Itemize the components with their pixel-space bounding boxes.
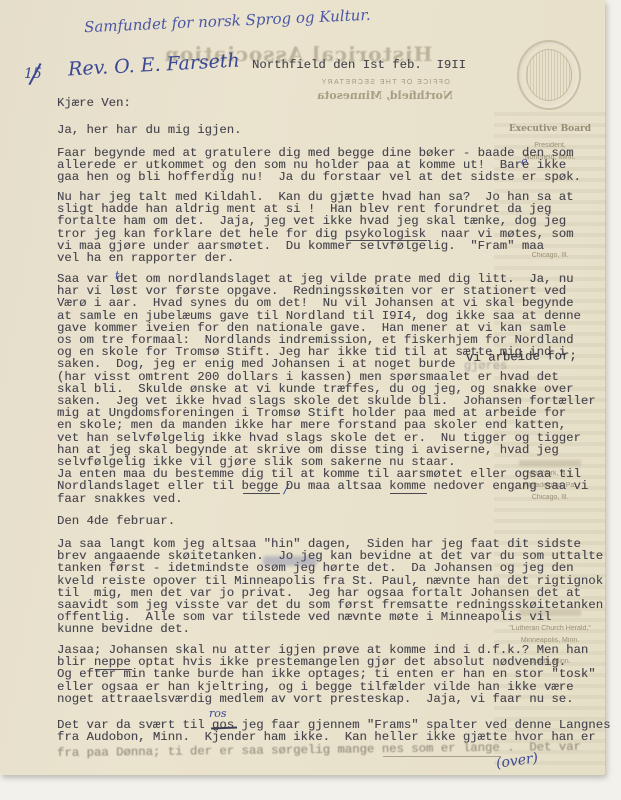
ink-smudge bbox=[263, 556, 317, 566]
embossed-seal bbox=[517, 40, 581, 110]
underline-psykologisk bbox=[346, 240, 427, 241]
correction-ros: ros bbox=[209, 707, 227, 720]
scanned-letter-screenshot: { "handwriting": { "top_annotation": "Sa… bbox=[0, 0, 621, 800]
paragraph-4: Ja saa langt kom jeg altsaa "hin" dagen,… bbox=[57, 538, 603, 636]
top-annotation-handwriting: Samfundet for norsk Sprog og Kultur. bbox=[84, 6, 371, 36]
correction-slash: / bbox=[284, 482, 288, 497]
paragraph-0: Ja, her har du mig igjen. bbox=[57, 124, 241, 136]
paragraph-3: Saa var det om nordlandslaget at jeg vil… bbox=[57, 273, 596, 505]
date-subheading: Den 4de februar. bbox=[57, 515, 175, 527]
recipient-name-handwriting: Rev. O. E. Farseth bbox=[68, 50, 241, 81]
letter-page: Historical Association OFFICE OF THE SEC… bbox=[0, 0, 605, 775]
letterhead-city-bleed: Northfield, Minnesota bbox=[295, 89, 475, 102]
board-header: Executive Board bbox=[494, 124, 606, 134]
seal-inner-ring bbox=[526, 49, 572, 101]
letterhead-office-bleed: OFFICE OF THE SECRETARY bbox=[295, 79, 475, 86]
letterhead-office-text: OFFICE OF THE SECRETARY bbox=[295, 79, 475, 86]
salutation: Kjære Ven: bbox=[57, 97, 131, 109]
underline-neppe bbox=[95, 669, 132, 670]
typed-insertion: vi arbeide for; bbox=[466, 349, 577, 365]
underline-nes-som-er-lange bbox=[383, 756, 501, 757]
letterhead-city-text: Northfield, Minnesota bbox=[295, 89, 475, 102]
date-line: Northfield den Ist feb. I9II bbox=[252, 59, 466, 71]
correction-e: e bbox=[521, 155, 528, 168]
paragraph-2: Nu har jeg talt med Kildahl. Kan du gjæt… bbox=[57, 191, 574, 264]
paragraph-5: Jasaa; Johansen skal nu atter igjen prøv… bbox=[57, 644, 596, 705]
underline-komme bbox=[390, 493, 427, 494]
correction-t: t bbox=[115, 269, 119, 282]
margin-number-handwriting: 15 bbox=[24, 66, 42, 82]
paragraph-1: Faar begynde med at gratulere dig med be… bbox=[57, 147, 581, 184]
underline-begge bbox=[243, 493, 280, 494]
